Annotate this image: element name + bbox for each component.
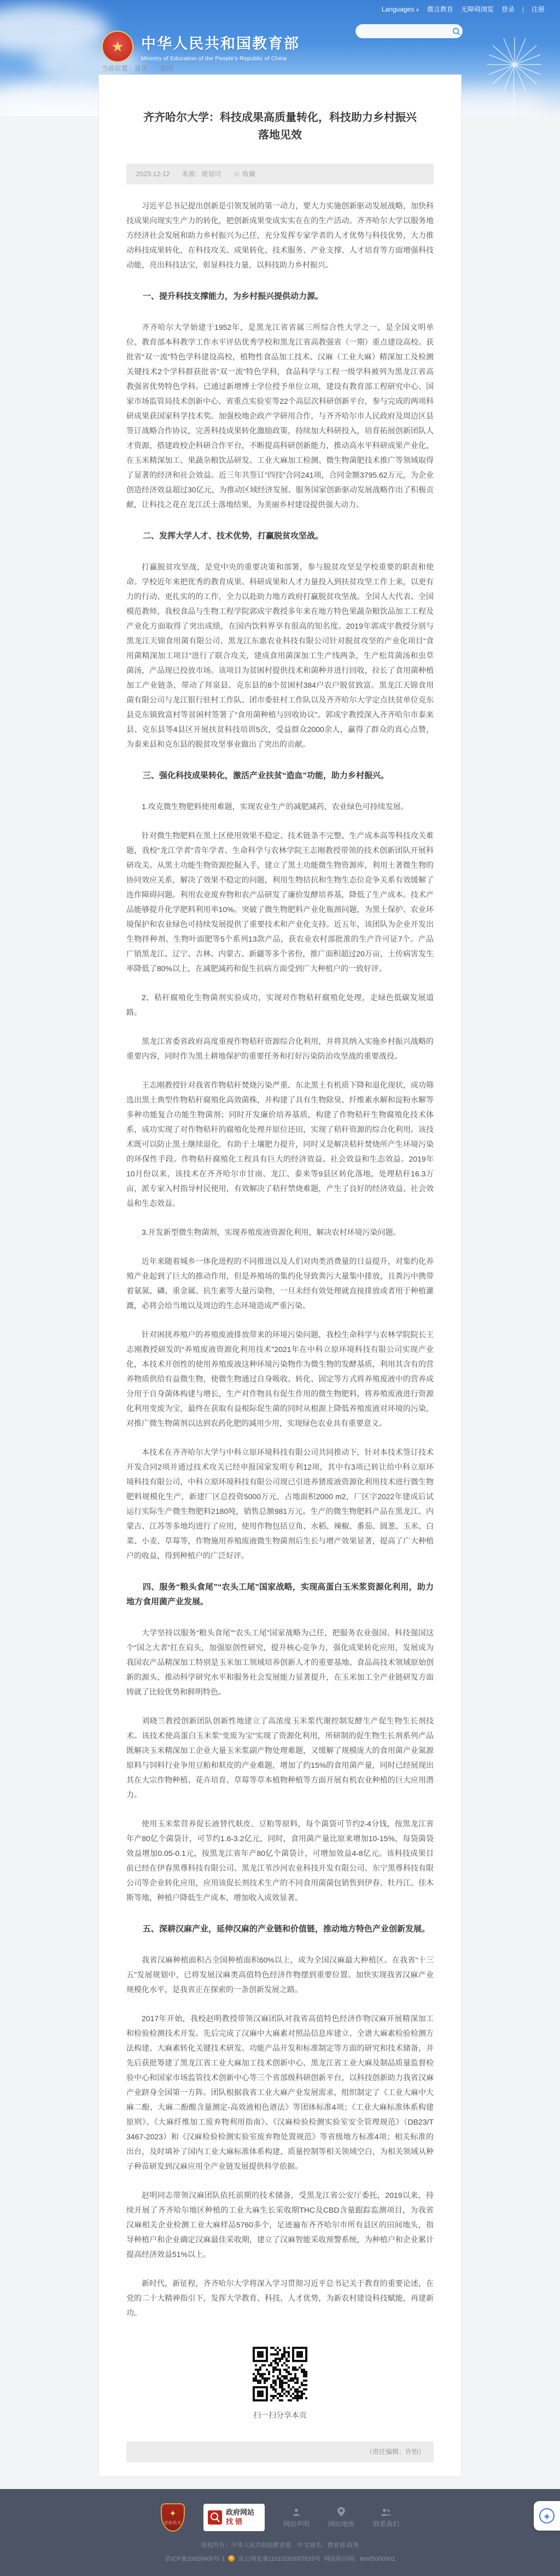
article-paragraph: 大学坚持以服务“粮头食尾”“农头工尾”国家战略为己任，把服务农业强国、科技强国这… — [126, 1626, 434, 1699]
article-section-heading: 三、强化科技成果转化，激活产业扶贫“造血”功能，助力乡村振兴。 — [126, 768, 434, 783]
article-paragraph: 打赢脱贫攻坚战，是党中央的重要决策和部署，参与脱贫攻坚是学校重要的职责和使命。学… — [126, 560, 434, 752]
login-link[interactable]: 登录 — [501, 4, 515, 14]
copyright-line2: 京ICP备10028400号-1 京公网安备11010202007625号 网站… — [0, 2554, 560, 2563]
page-footer: ✦ 党政机关 政府网站 找错 网站声明 网站地图 — [0, 2489, 560, 2576]
article-card: 齐齐哈尔大学：科技成果高质量转化，科技助力乡村振兴落地见效 2023-12-12… — [98, 74, 462, 2477]
favorite-label: 收藏 — [242, 164, 255, 184]
police-number: 京公网安备11010202007625号 — [238, 2554, 320, 2563]
weiyan-link[interactable]: 微言教育 — [427, 4, 453, 14]
chevron-down-icon: ∨ — [416, 7, 419, 13]
footer-link-sitemap[interactable]: 网站地图 — [328, 2507, 354, 2528]
article-paragraph: 黑龙江省委省政府高度重视作物秸秆资源综合化利用，并将其纳入实施乡村振兴战略的重要… — [126, 1034, 434, 1064]
article-paragraph: 新时代，新征程，齐齐哈尔大学将深入学习贯彻习近平总书记关于教育的重要论述，在党的… — [126, 2276, 434, 2320]
police-badge-icon — [228, 2555, 235, 2562]
footer-link-label: 网站声明 — [283, 2519, 310, 2528]
languages-menu[interactable]: Languages∨ — [382, 5, 419, 13]
copyright-line1: 版权所有：中华人民共和国教育部 中文域名：教育部.政务 — [0, 2540, 560, 2549]
accessibility-link[interactable]: 无障碍浏览 — [461, 4, 494, 14]
article-paragraph: 2、秸秆腐殖化生物菌剂实验成功，实现对作物秸秆腐殖化处理，走绿色低碳发展道路。 — [126, 990, 434, 1020]
article-paragraph: 本技术在齐齐哈尔大学与中科立原环境科技有限公司共同推动下，针对本技术签订技术开发… — [126, 1445, 434, 1563]
qr-section: 扫一扫分享本页 — [126, 2347, 434, 2421]
footer-link-contact[interactable]: 联系我们 — [373, 2507, 399, 2528]
gov-site-find-error-badge[interactable]: 政府网站 找错 — [203, 2504, 265, 2531]
badge-emblem-icon: ✦ — [169, 2510, 176, 2519]
search-button[interactable] — [452, 25, 461, 37]
footer-link-label: 联系我们 — [373, 2519, 399, 2528]
article-paragraph: 赵明同志带领汉麻团队依托前期的技术储备，受黑龙江省公安厅委托，2019以来，持续… — [126, 2188, 434, 2262]
qr-code — [253, 2347, 307, 2404]
article-section-heading: 五、深耕汉麻产业，延伸汉麻的产业链和价值链，推动地方特色产业创新发展。 — [126, 1922, 434, 1936]
article-meta-bar: 2023-12-12 来源：规划司 ☆ 收藏 — [126, 164, 434, 184]
people-icon — [381, 2507, 392, 2516]
dandelion-decoration — [474, 26, 556, 116]
favorite-button[interactable]: ☆ 收藏 — [233, 164, 255, 184]
floating-share-widget[interactable]: ◈ — [534, 2501, 560, 2531]
site-subtitle: Ministry of Education of the People's Re… — [141, 55, 300, 62]
site-title: 中华人民共和国教育部 — [141, 32, 300, 53]
breadcrumb-label: 当前位置： — [102, 65, 135, 72]
editor-bar: （责任编辑：许怡） — [126, 2441, 434, 2462]
article-section-heading: 一、提升科技支撑能力，为乡村振兴提供动力源。 — [126, 289, 434, 304]
article-paragraph: 王志刚教授针对我省作物秸秆焚烧污染严重、东北黑土有机质下降和退化现状，成功筛选出… — [126, 1078, 434, 1211]
star-icon: ☆ — [233, 164, 240, 184]
qr-caption: 扫一扫分享本页 — [126, 2410, 434, 2421]
badge-agency-label: 党政机关 — [164, 2520, 182, 2526]
find-error-line1: 政府网站 — [226, 2508, 254, 2517]
article-paragraph: 2017年开始，我校赵明教授带领汉麻团队对我省高值特色经济作物汉麻开展精深加工和… — [126, 2011, 434, 2174]
article-paragraph: 刘晓兰教授创新团队创新性地建立了高浓度玉米浆代谢控制发酵生产促生物生长剂技术。该… — [126, 1714, 434, 1802]
article-paragraph: 习近平总书记提出创新是引领发展的第一动力，要大力实施创新驱动发展战略，加快科技成… — [126, 199, 434, 272]
find-error-line2: 找错 — [226, 2517, 254, 2527]
site-logo[interactable]: ★ 中华人民共和国教育部 Ministry of Education of th… — [102, 31, 300, 62]
article-paragraph: 近年来随着城乡一体化进程的不同推进以及人们对肉类消费量的日益提升，对集约化养殖产… — [126, 1254, 434, 1313]
breadcrumb-home-link[interactable]: 首页 — [135, 65, 148, 72]
breadcrumb-current-link[interactable]: 新闻 — [160, 65, 173, 72]
party-government-badge[interactable]: ✦ 党政机关 — [161, 2503, 185, 2532]
footer-link-label: 网站地图 — [328, 2519, 354, 2528]
article-paragraph: 我省汉麻种植面积占全国种植面积60%以上，成为全国汉麻最大种植区。在我省“十三五… — [126, 1953, 434, 1997]
page-title: 齐齐哈尔大学：科技成果高质量转化，科技助力乡村振兴落地见效 — [126, 109, 434, 144]
article-paragraph: 针对微生物肥料在黑土区使用效果不稳定、技术链条不完整、生产成本高等科技攻关难题，… — [126, 828, 434, 976]
national-emblem-icon: ★ — [102, 31, 133, 62]
search-input[interactable] — [356, 25, 452, 38]
site-code: 网站标识码：bm05000001 — [324, 2554, 395, 2563]
article-section-heading: 二、发挥大学人才、技术优势，打赢脱贫攻坚战。 — [126, 529, 434, 543]
top-utility-bar: Languages∨ 微言教育 无障碍浏览 登录 | 注册 — [382, 4, 545, 14]
person-icon — [292, 2507, 301, 2516]
icp-number: 京ICP备10028400号-1 — [165, 2554, 225, 2563]
article-source: 来源：规划司 — [182, 164, 221, 184]
share-icon: ◈ — [539, 2508, 555, 2523]
find-error-magnifier-icon — [208, 2510, 222, 2525]
article-section-heading: 四、服务“粮头食尾”“农头工尾”国家战略，实现高蛋白玉米浆资源化利用，助力地方食… — [126, 1580, 434, 1609]
search-icon — [452, 27, 460, 36]
article-date: 2023-12-12 — [136, 164, 170, 184]
article-paragraph: 齐齐哈尔大学始建于1952年，是黑龙江省省属三所综合性大学之一，是全国文明单位、… — [126, 320, 434, 512]
breadcrumb-separator: > — [152, 65, 156, 72]
footer-link-statement[interactable]: 网站声明 — [283, 2507, 310, 2528]
breadcrumb: 当前位置：首页>新闻 — [102, 63, 173, 73]
article-paragraph: 3.开发新型微生物菌剂，实现养殖废液资源化利用，解决农村环境污染问题。 — [126, 1225, 434, 1240]
article-paragraph: 针对困扰养殖户的养殖废液排放带来的环境污染问题，我校生命科学与农林学院院长王志刚… — [126, 1327, 434, 1431]
register-link[interactable]: 注册 — [532, 4, 545, 14]
article-paragraph: 1.攻克微生物肥料使用难题，实现农业生产的减肥减药，农业绿色可持续发展。 — [126, 799, 434, 814]
responsible-editor: （责任编辑：许怡） — [366, 2448, 425, 2456]
topbar-divider: | — [522, 5, 524, 13]
article-body: 习近平总书记提出创新是引领发展的第一动力，要大力实施创新驱动发展战略，加快科技成… — [126, 199, 434, 2320]
search-box — [355, 24, 463, 38]
map-pin-icon — [337, 2507, 345, 2516]
article-paragraph: 使用玉米浆营养促长液替代麸皮、豆粕等原料，每个菌袋可节约2-4分钱，按黑龙江省年… — [126, 1817, 434, 1905]
